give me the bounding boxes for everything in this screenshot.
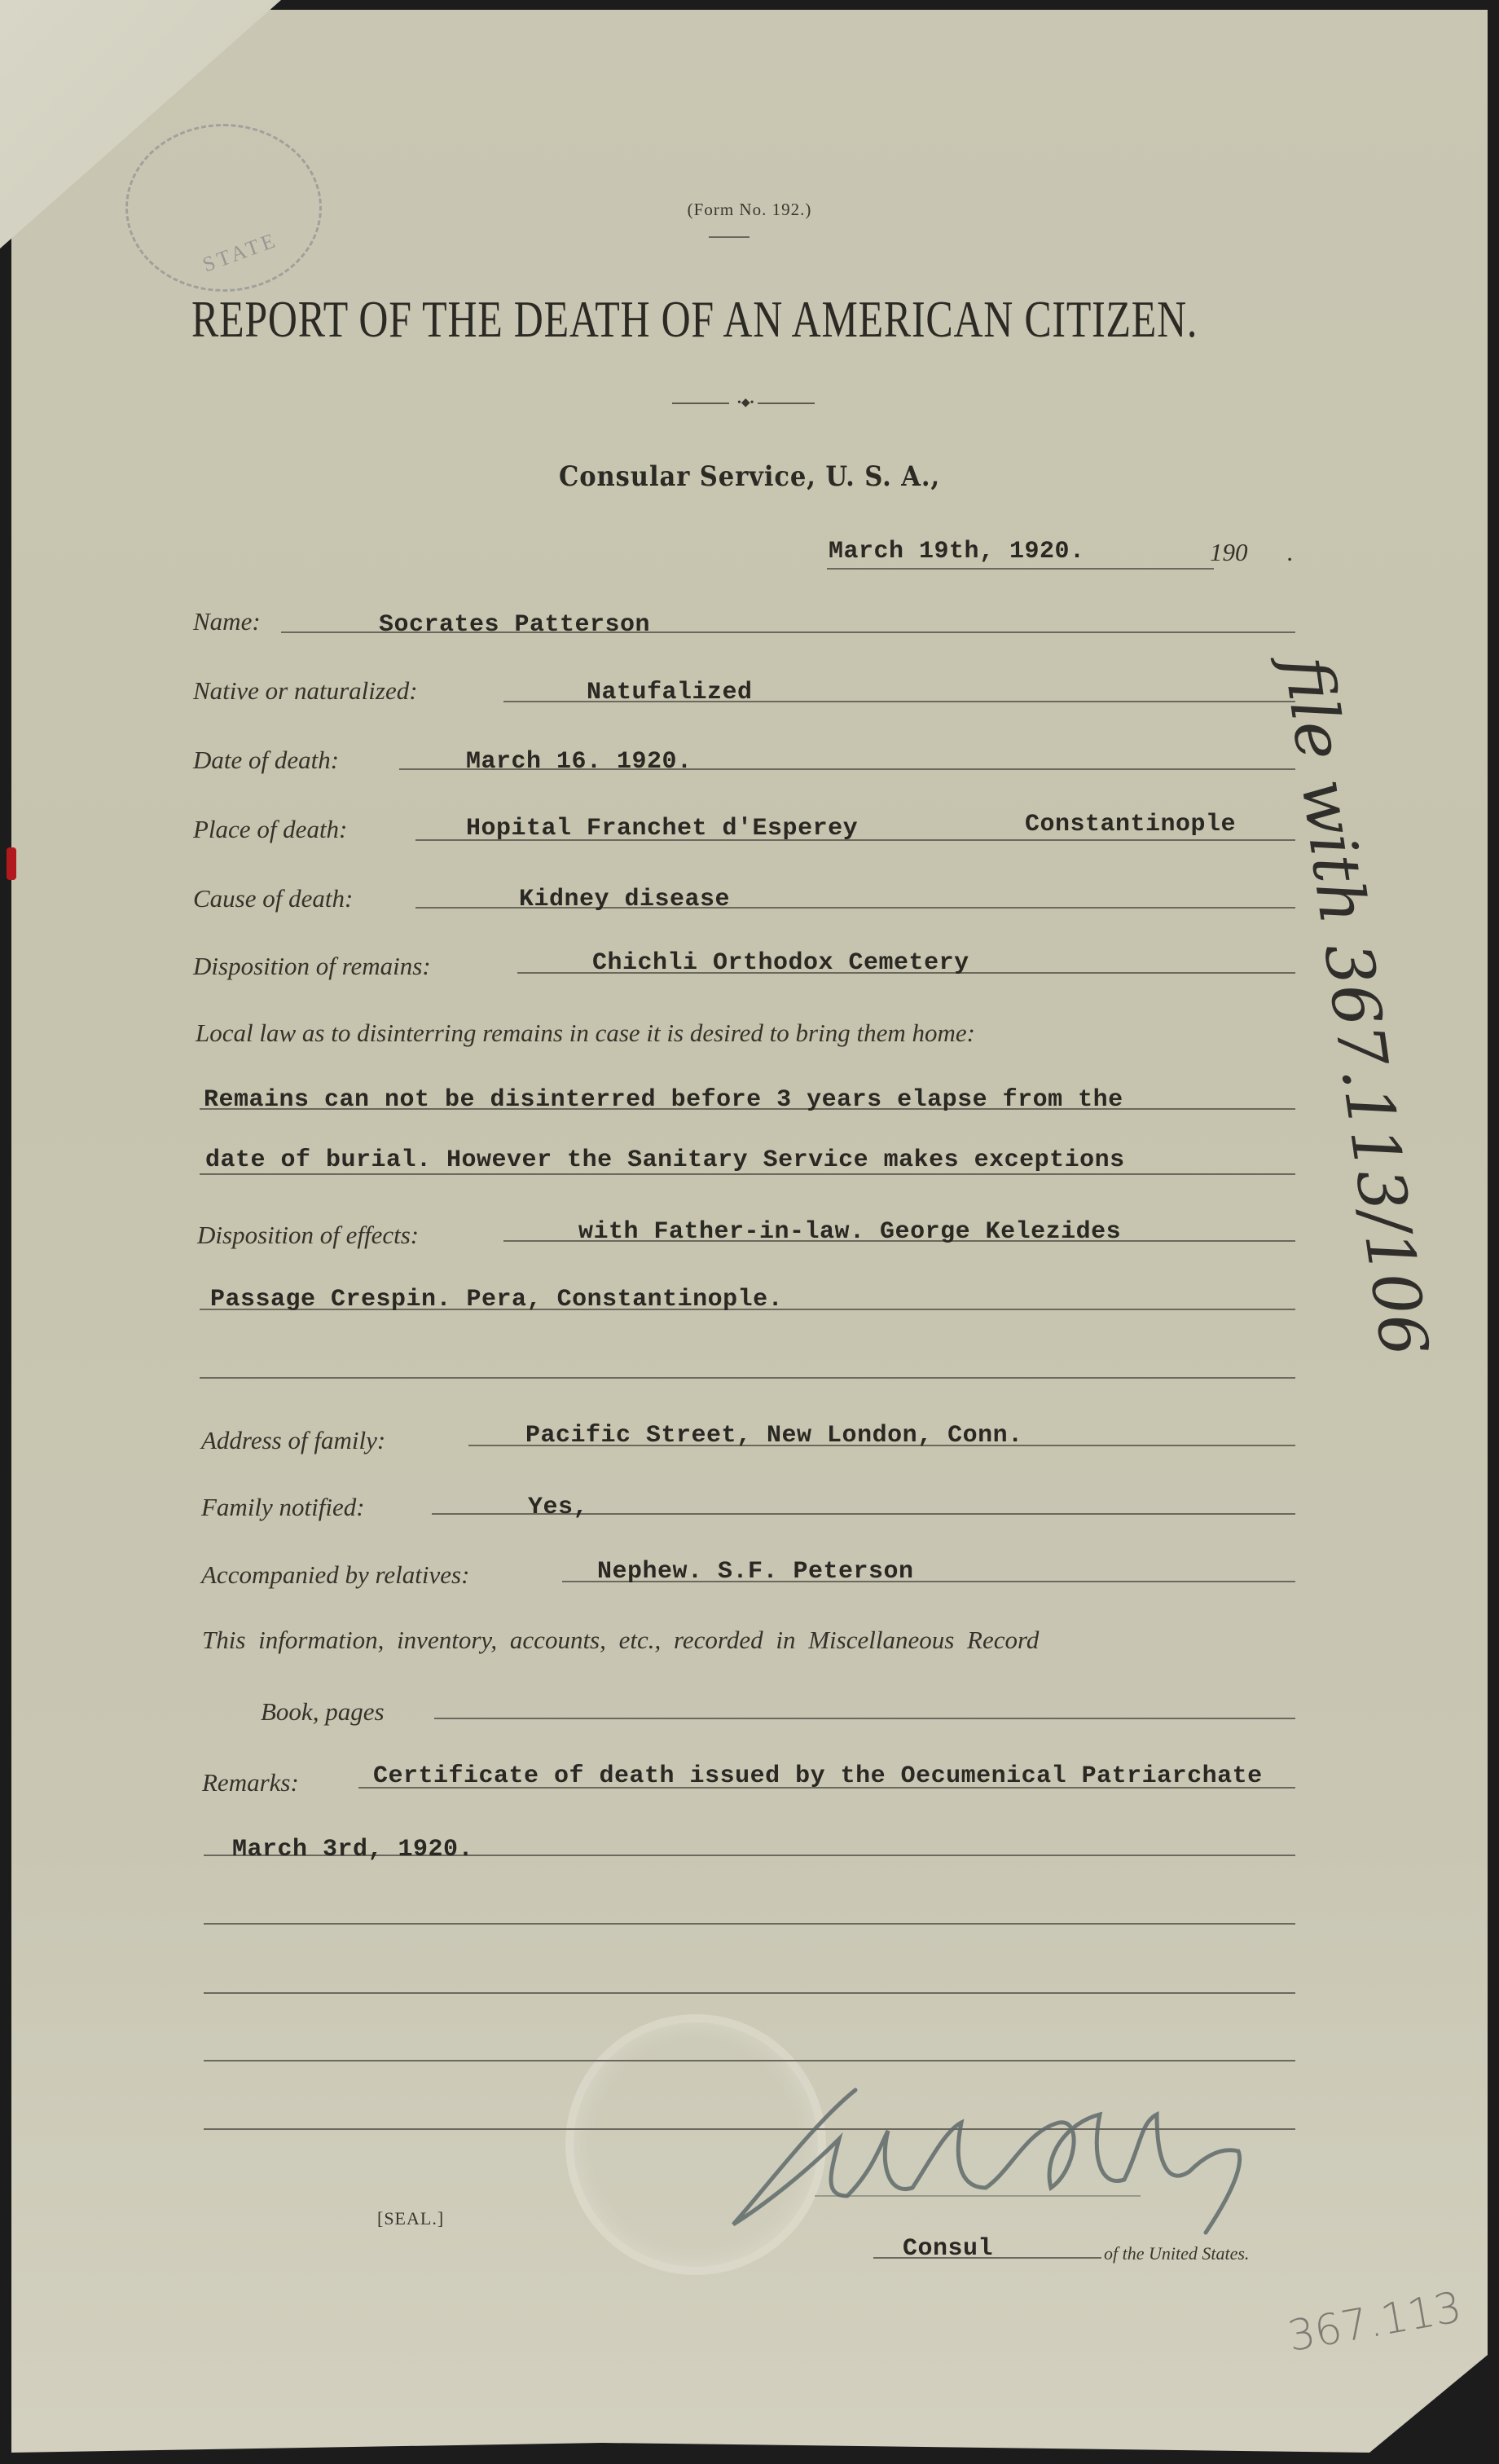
disposition-effects-label: Disposition of effects: [197, 1221, 419, 1250]
book-pages-label: Book, pages [261, 1697, 385, 1727]
consular-service-heading: Consular Service, U. S. A., [75, 460, 1424, 493]
red-tab-mark [7, 847, 16, 880]
disposition-effects-text-2: Passage Crespin. Pera, Constantinople. [210, 1286, 783, 1313]
place-of-death-value: Hopital Franchet d'Esperey [466, 815, 858, 843]
document-title: REPORT OF THE DEATH OF AN AMERICAN CITIZ… [191, 289, 1062, 350]
remarks-label: Remarks: [202, 1768, 299, 1797]
date-of-death-value: March 16. 1920. [466, 748, 692, 776]
local-law-label: Local law as to disinterring remains in … [196, 1019, 975, 1048]
accompanied-label: Accompanied by relatives: [201, 1560, 469, 1590]
date-period: . [1287, 538, 1294, 567]
remarks-line-4 [204, 1992, 1295, 1994]
of-united-states-label: of the United States. [1104, 2243, 1249, 2264]
blank-line [200, 1377, 1295, 1379]
book-pages-line [434, 1718, 1295, 1719]
ornament-divider: •◆• [672, 399, 815, 407]
native-value: Natufalized [587, 679, 753, 706]
divider [709, 236, 749, 238]
accompanied-value: Nephew. S.F. Peterson [597, 1558, 914, 1586]
cause-of-death-label: Cause of death: [193, 884, 353, 913]
consul-signature [717, 2074, 1336, 2237]
seal-label: [SEAL.] [377, 2208, 444, 2229]
form-number: (Form No. 192.) [0, 200, 1499, 220]
date-line [827, 568, 1214, 570]
date-of-death-label: Date of death: [193, 746, 339, 775]
disposition-remains-value: Chichli Orthodox Cemetery [592, 949, 969, 977]
disposition-effects-text-1: with Father-in-law. George Kelezides [578, 1218, 1121, 1246]
report-date: March 19th, 1920. [829, 538, 1085, 565]
name-label: Name: [193, 607, 261, 636]
address-label: Address of family: [201, 1426, 385, 1455]
native-label: Native or naturalized: [193, 676, 418, 706]
remarks-text-1: Certificate of death issued by the Oecum… [373, 1762, 1263, 1790]
family-notified-label: Family notified: [201, 1493, 365, 1522]
address-value: Pacific Street, New London, Conn. [525, 1422, 1023, 1450]
remarks-text-2: March 3rd, 1920. [232, 1836, 473, 1863]
place-of-death-label: Place of death: [193, 815, 347, 844]
cause-of-death-value: Kidney disease [519, 886, 730, 913]
remarks-line-5 [204, 2060, 1295, 2061]
consul-title: Consul [903, 2235, 993, 2263]
local-law-text-2: date of burial. However the Sanitary Ser… [205, 1146, 1125, 1174]
local-law-text-1: Remains can not be disinterred before 3 … [204, 1086, 1123, 1114]
place-of-death-city: Constantinople [1025, 811, 1236, 838]
disposition-remains-label: Disposition of remains: [193, 952, 431, 981]
remarks-line-3 [204, 1923, 1295, 1925]
family-notified-value: Yes, [528, 1494, 588, 1521]
printed-year-prefix: 190 [1210, 538, 1248, 567]
name-value: Socrates Patterson [379, 611, 650, 639]
record-info-label: This information, inventory, accounts, e… [202, 1626, 1039, 1655]
